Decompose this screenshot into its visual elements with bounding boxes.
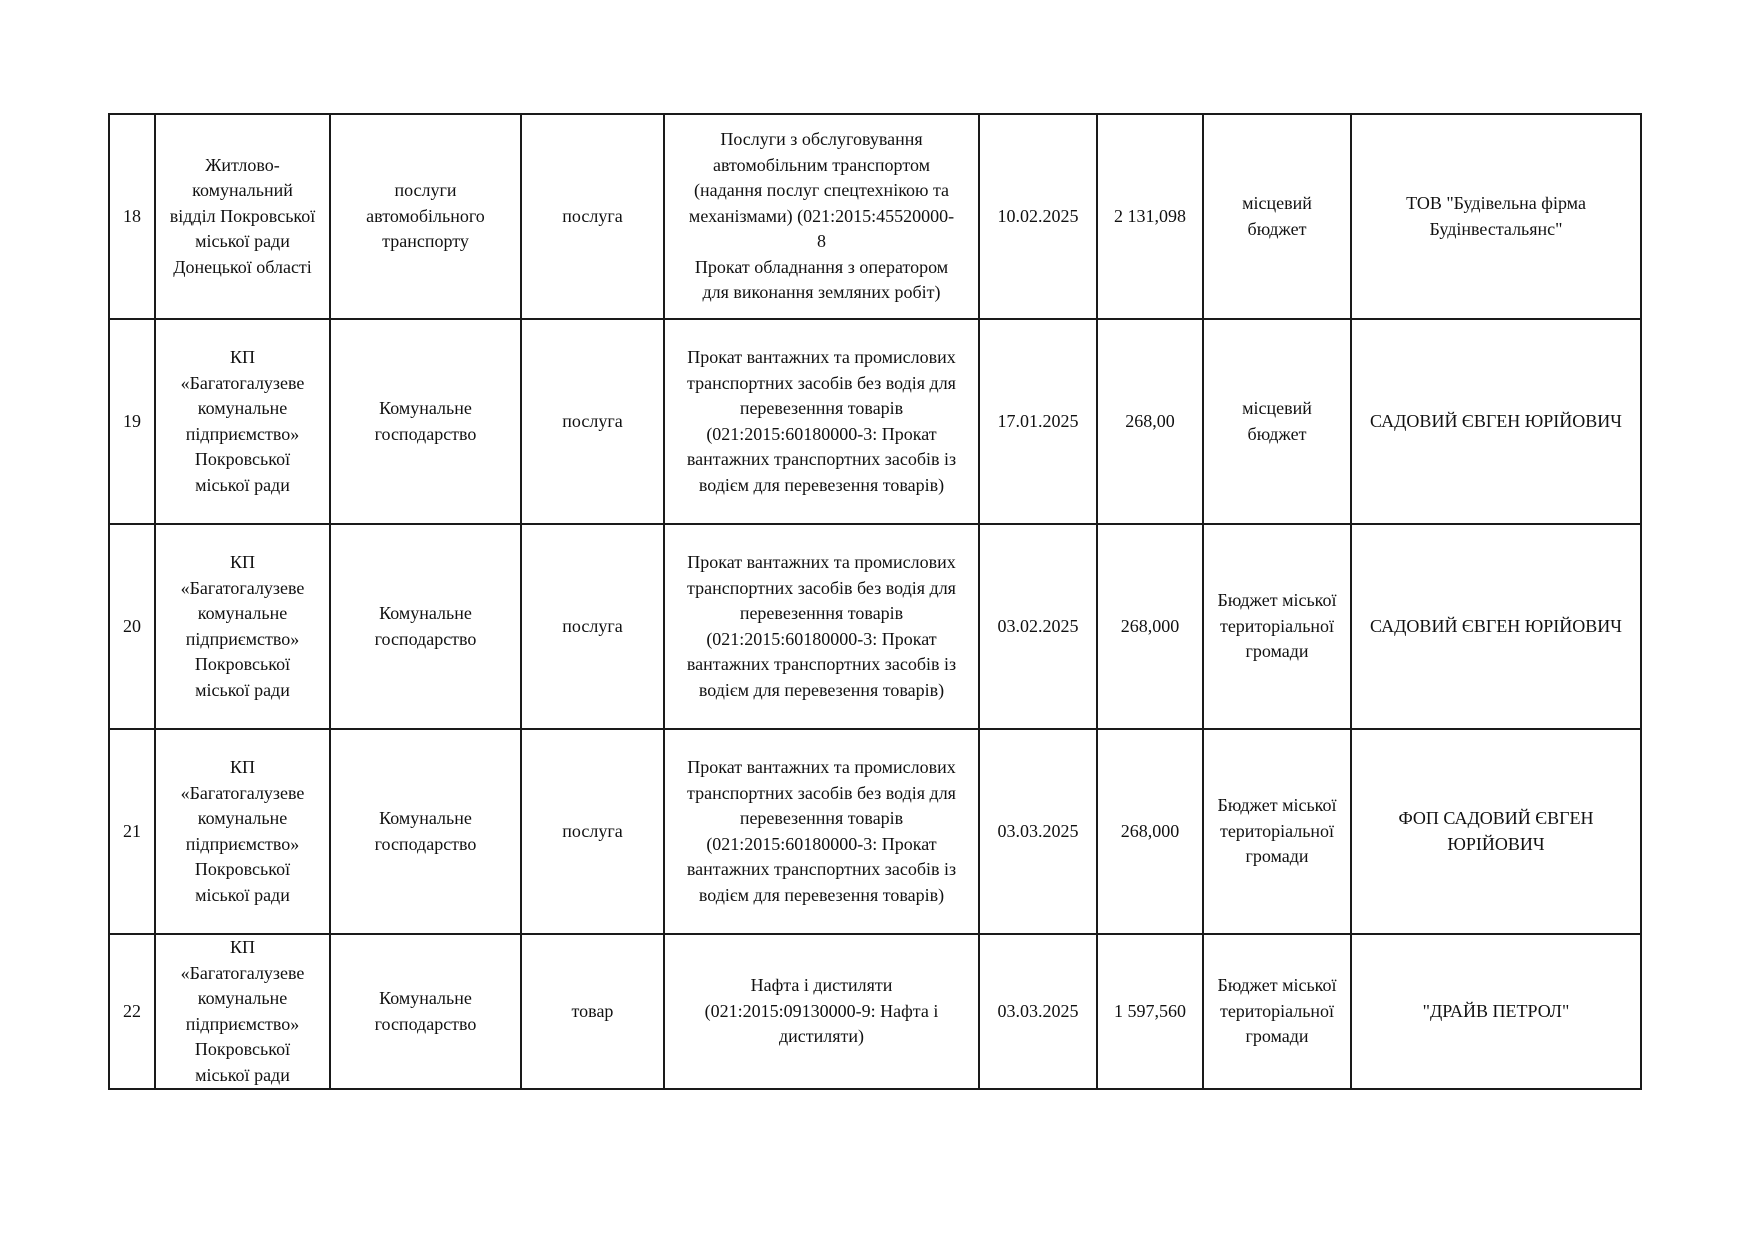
table-row: 18 Житлово- комунальний відділ Покровськ… — [109, 114, 1641, 319]
table-row: 19 КП «Багатогалузеве комунальне підприє… — [109, 319, 1641, 524]
row-number: 19 — [109, 319, 155, 524]
subject-cell: Прокат вантажних та промислових транспор… — [664, 319, 979, 524]
funding-cell: Бюджет міської територіальної громади — [1203, 524, 1351, 729]
type-cell: послуга — [521, 729, 664, 934]
row-number: 21 — [109, 729, 155, 934]
row-number: 20 — [109, 524, 155, 729]
customer-cell: КП «Багатогалузеве комунальне підприємст… — [155, 524, 330, 729]
funding-cell: Бюджет міської територіальної громади — [1203, 729, 1351, 934]
document-page: 18 Житлово- комунальний відділ Покровськ… — [0, 0, 1754, 1240]
type-cell: послуга — [521, 524, 664, 729]
funding-cell: місцевий бюджет — [1203, 319, 1351, 524]
row-number: 22 — [109, 934, 155, 1089]
subject-cell: Послуги з обслуговування автомобільним т… — [664, 114, 979, 319]
funding-cell: Бюджет міської територіальної громади — [1203, 934, 1351, 1089]
type-cell: товар — [521, 934, 664, 1089]
date-cell: 03.02.2025 — [979, 524, 1097, 729]
amount-cell: 268,000 — [1097, 524, 1203, 729]
customer-cell: КП «Багатогалузеве комунальне підприємст… — [155, 729, 330, 934]
category-cell: Комунальне господарство — [330, 319, 521, 524]
customer-cell: КП «Багатогалузеве комунальне підприємст… — [155, 319, 330, 524]
category-cell: Комунальне господарство — [330, 524, 521, 729]
category-cell: Комунальне господарство — [330, 934, 521, 1089]
supplier-cell: САДОВИЙ ЄВГЕН ЮРІЙОВИЧ — [1351, 524, 1641, 729]
subject-cell: Прокат вантажних та промислових транспор… — [664, 524, 979, 729]
customer-cell: КП «Багатогалузеве комунальне підприємст… — [155, 934, 330, 1089]
subject-cell: Прокат вантажних та промислових транспор… — [664, 729, 979, 934]
type-cell: послуга — [521, 114, 664, 319]
customer-cell: Житлово- комунальний відділ Покровської … — [155, 114, 330, 319]
date-cell: 03.03.2025 — [979, 729, 1097, 934]
row-number: 18 — [109, 114, 155, 319]
date-cell: 03.03.2025 — [979, 934, 1097, 1089]
supplier-cell: ТОВ "Будівельна фірма Будінвестальянс" — [1351, 114, 1641, 319]
type-cell: послуга — [521, 319, 664, 524]
table-row: 21 КП «Багатогалузеве комунальне підприє… — [109, 729, 1641, 934]
amount-cell: 268,000 — [1097, 729, 1203, 934]
amount-cell: 2 131,098 — [1097, 114, 1203, 319]
subject-cell: Нафта і дистиляти (021:2015:09130000-9: … — [664, 934, 979, 1089]
procurement-table: 18 Житлово- комунальний відділ Покровськ… — [108, 113, 1642, 1090]
table-row: 20 КП «Багатогалузеве комунальне підприє… — [109, 524, 1641, 729]
date-cell: 17.01.2025 — [979, 319, 1097, 524]
date-cell: 10.02.2025 — [979, 114, 1097, 319]
amount-cell: 1 597,560 — [1097, 934, 1203, 1089]
supplier-cell: ФОП САДОВИЙ ЄВГЕН ЮРІЙОВИЧ — [1351, 729, 1641, 934]
amount-cell: 268,00 — [1097, 319, 1203, 524]
category-cell: послуги автомобільного транспорту — [330, 114, 521, 319]
category-cell: Комунальне господарство — [330, 729, 521, 934]
supplier-cell: САДОВИЙ ЄВГЕН ЮРІЙОВИЧ — [1351, 319, 1641, 524]
table-row: 22 КП «Багатогалузеве комунальне підприє… — [109, 934, 1641, 1089]
funding-cell: місцевий бюджет — [1203, 114, 1351, 319]
supplier-cell: "ДРАЙВ ПЕТРОЛ" — [1351, 934, 1641, 1089]
